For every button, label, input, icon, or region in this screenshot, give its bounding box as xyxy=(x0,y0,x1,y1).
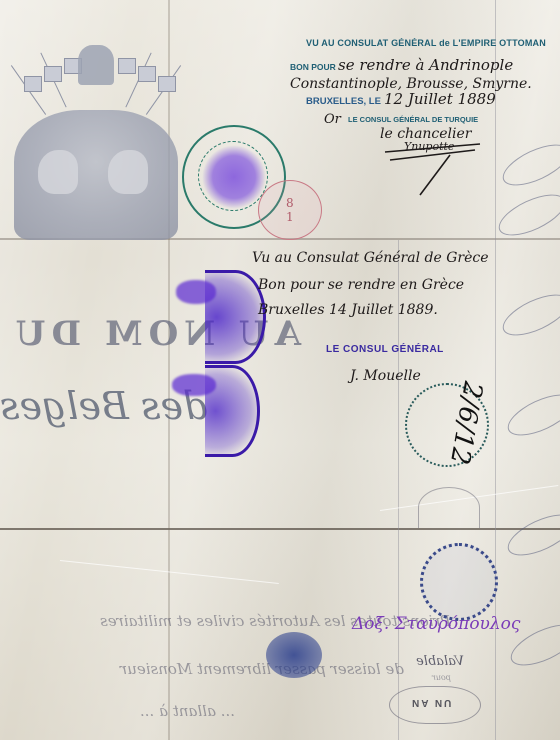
ottoman-destination-handwritten: se rendre à Andrinople xyxy=(338,56,513,74)
faint-seal xyxy=(418,487,480,528)
greek-visa-line-2: Bon pour se rendre en Grèce xyxy=(258,277,464,293)
chancellor-signature: Ynupotte xyxy=(380,130,500,210)
lion-icon xyxy=(38,150,78,194)
greek-consul-stamp: LE CONSUL GÉNÉRAL xyxy=(326,344,444,355)
ottoman-visa-header: VU AU CONSULAT GÉNÉRAL de L'EMPIRE OTTOM… xyxy=(306,38,546,49)
bon-pour-label: BON POUR xyxy=(290,62,336,72)
ink-blot xyxy=(176,280,216,304)
fold-line-horizontal xyxy=(0,528,560,530)
greek-consulate-seal xyxy=(205,270,266,364)
dark-blue-seal xyxy=(266,632,322,678)
ottoman-visa-date: 12 Juillet 1889 xyxy=(384,90,496,108)
show-through-body-line: ... allant à ... xyxy=(140,702,235,720)
pour-label: pour xyxy=(432,673,451,682)
valable-label: Valable xyxy=(416,654,464,669)
validity-text: UN AN xyxy=(410,697,451,708)
place-label: BRUXELLES, LE xyxy=(306,96,381,107)
greek-visa-line-1: Vu au Consulat Général de Grèce xyxy=(252,250,488,266)
svg-text:Ynupotte: Ynupotte xyxy=(404,140,455,153)
belgian-coat-of-arms-emblem xyxy=(8,40,184,240)
ink-blot xyxy=(172,374,216,396)
greek-consul-signature: J. Mouelle xyxy=(350,368,421,384)
consul-title: LE CONSUL GÉNÉRAL DE TURQUIE xyxy=(348,115,478,124)
purple-signature: Δοξ. Σταυρόπουλος xyxy=(352,614,520,634)
show-through-body-line: de laisser passer librement Monsieur xyxy=(120,660,404,678)
greek-visa-date: Bruxelles 14 Juillet 1889. xyxy=(258,302,438,318)
fee-stamp-number: 8 1 xyxy=(286,196,294,224)
order-prefix: Or xyxy=(324,112,341,127)
crown-icon xyxy=(78,45,114,85)
blue-official-seal xyxy=(420,543,498,621)
lion-icon xyxy=(108,150,148,194)
